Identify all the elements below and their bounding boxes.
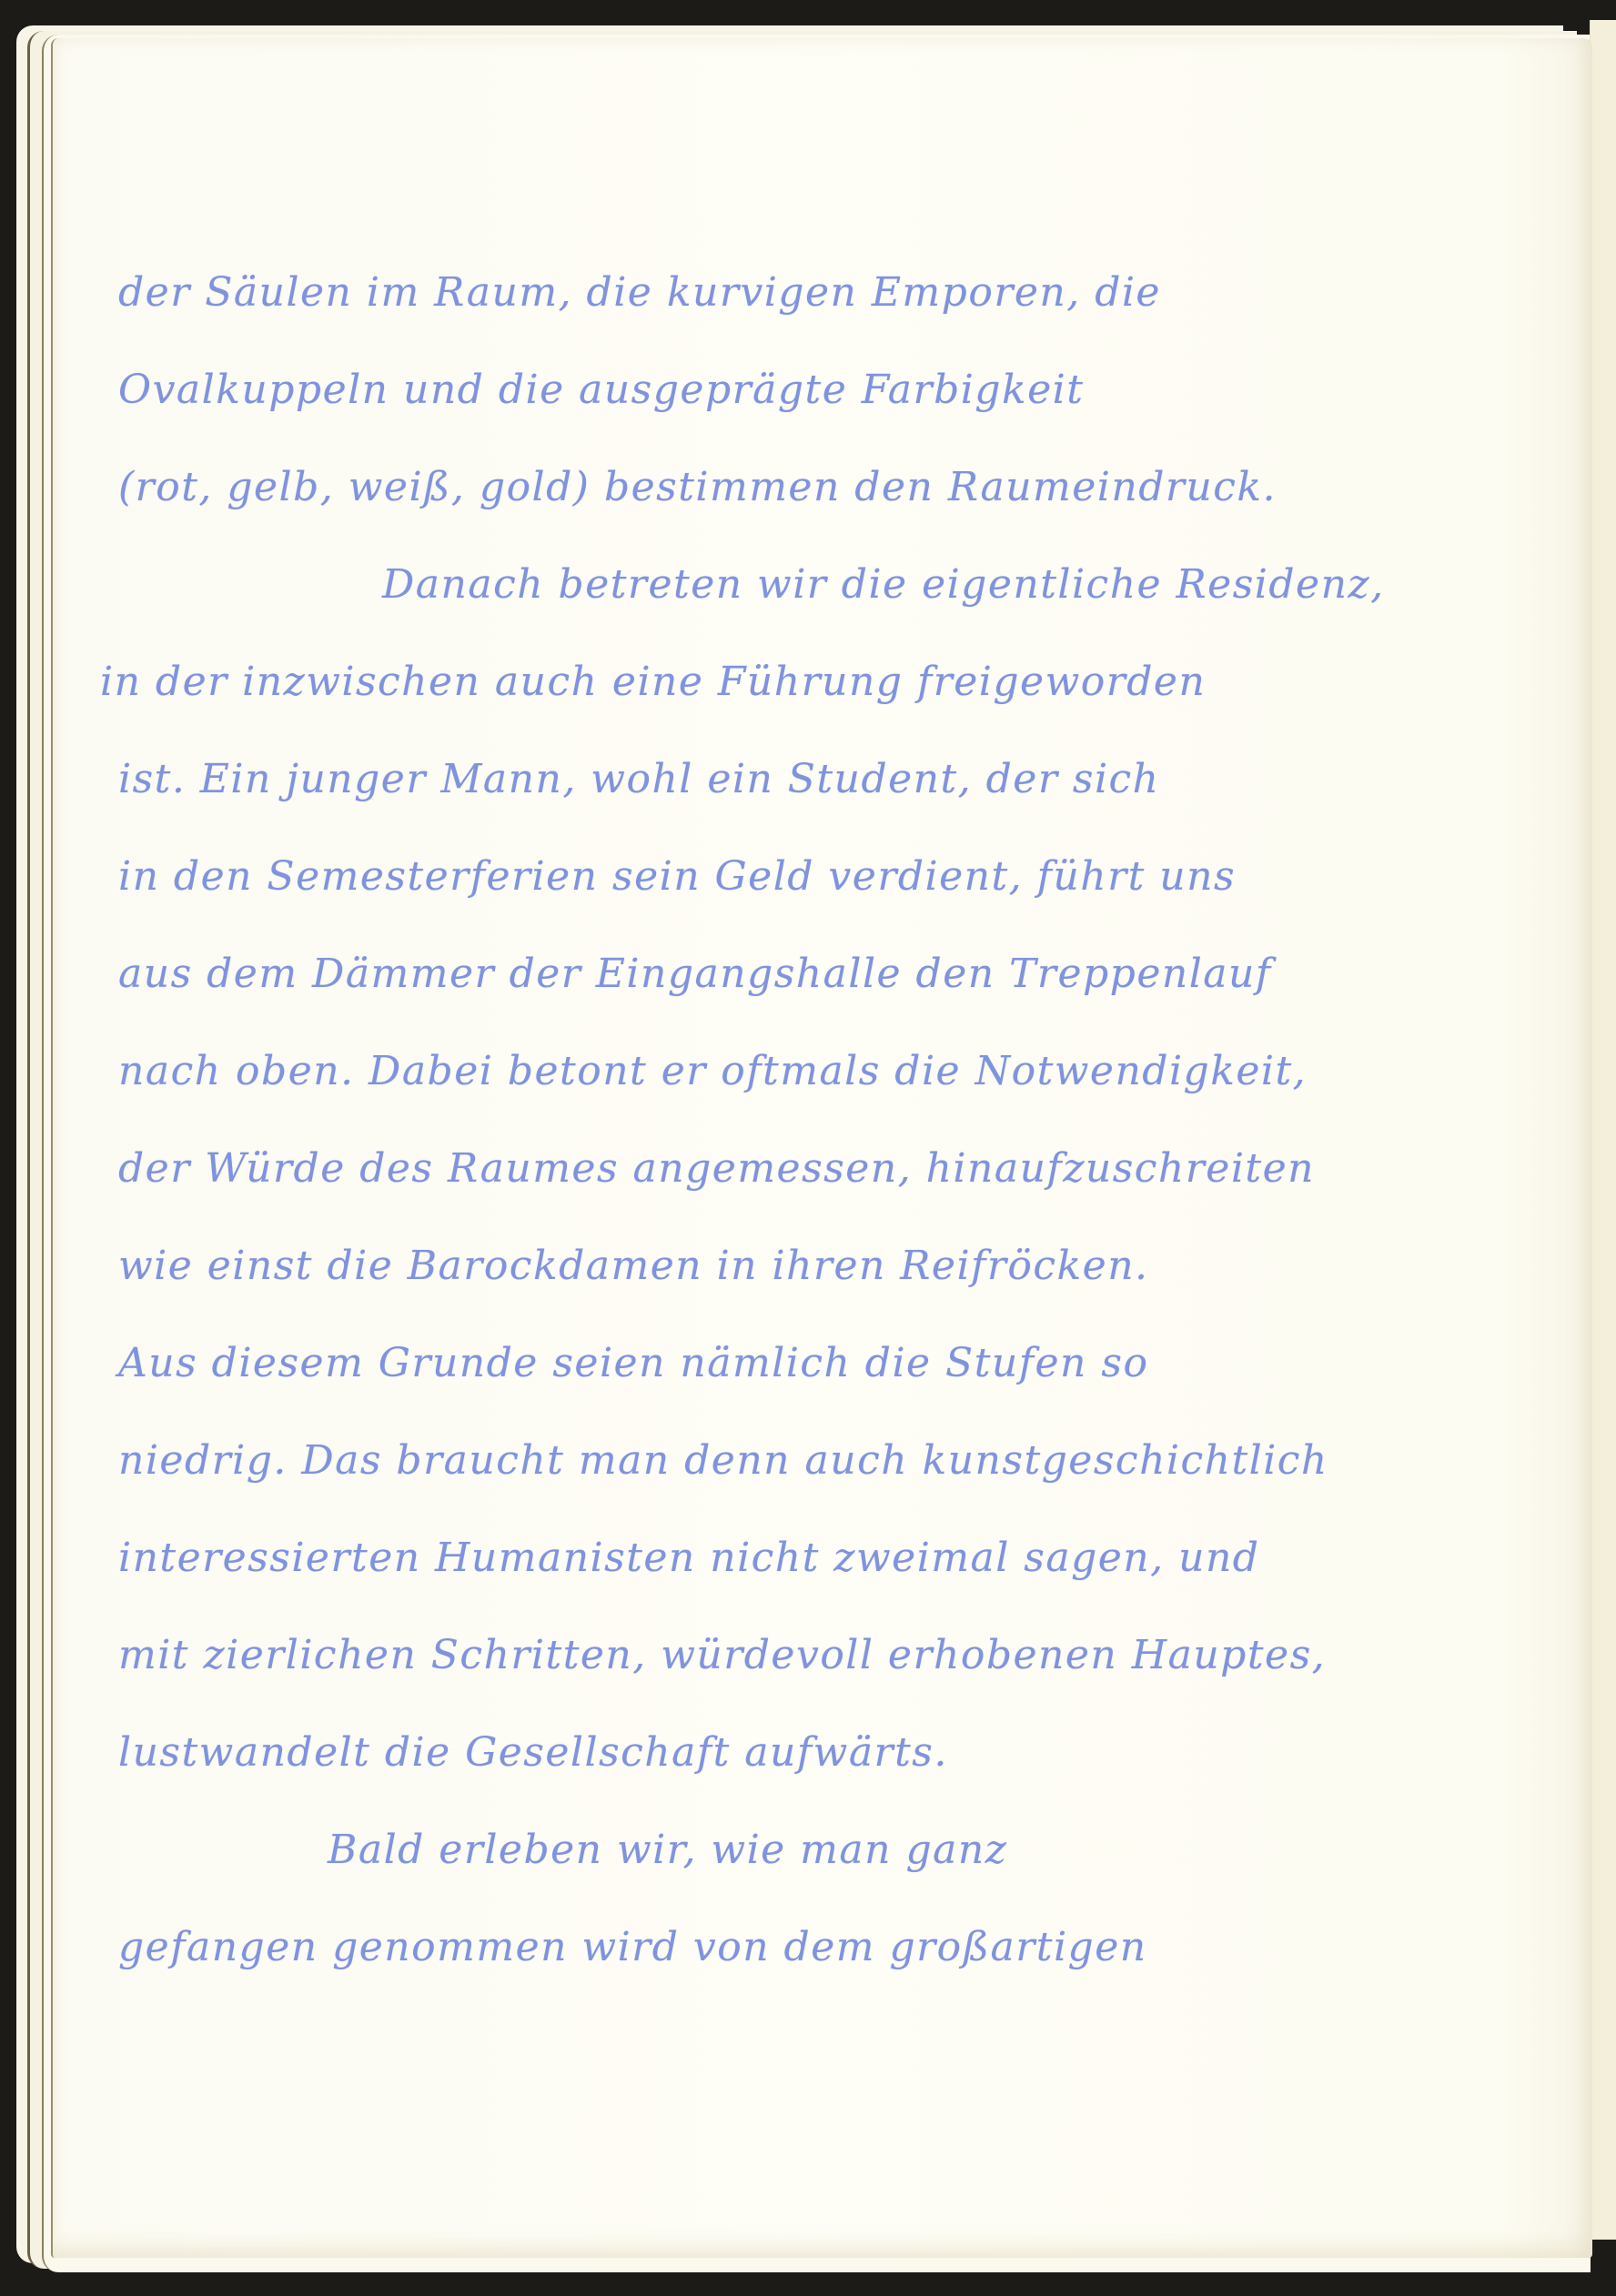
text-line: niedrig. Das braucht man denn auch kunst… — [118, 1412, 1538, 1509]
text-line: nach oben. Dabei betont er oftmals die N… — [118, 1022, 1538, 1120]
text-line: in der inzwischen auch eine Führung frei… — [100, 633, 1538, 730]
text-line: (rot, gelb, weiß, gold) bestimmen den Ra… — [118, 438, 1538, 536]
text-line: mit zierlichen Schritten, würdevoll erho… — [118, 1606, 1538, 1704]
text-line: lustwandelt die Gesellschaft aufwärts. — [118, 1704, 1538, 1801]
text-line: wie einst die Barockdamen in ihren Reifr… — [118, 1217, 1538, 1314]
paragraph-start-line: Danach betreten wir die eigentliche Resi… — [118, 536, 1538, 633]
text-line: der Säulen im Raum, die kurvigen Emporen… — [118, 244, 1538, 341]
text-line: in den Semesterferien sein Geld verdient… — [118, 828, 1538, 925]
next-page-edge — [1590, 20, 1616, 2240]
text-line: ist. Ein junger Mann, wohl ein Student, … — [118, 730, 1538, 828]
paragraph-start-line: Bald erleben wir, wie man ganz — [118, 1801, 1538, 1898]
text-line: der Würde des Raumes angemessen, hinaufz… — [118, 1120, 1538, 1217]
text-line: aus dem Dämmer der Eingangshalle den Tre… — [118, 925, 1538, 1022]
handwritten-text: der Säulen im Raum, die kurvigen Emporen… — [118, 244, 1538, 1996]
text-line: Aus diesem Grunde seien nämlich die Stuf… — [118, 1314, 1538, 1412]
text-line: Ovalkuppeln und die ausgeprägte Farbigke… — [118, 341, 1538, 438]
text-line: interessierten Humanisten nicht zweimal … — [118, 1509, 1538, 1606]
text-line: gefangen genommen wird von dem großartig… — [118, 1898, 1538, 1996]
